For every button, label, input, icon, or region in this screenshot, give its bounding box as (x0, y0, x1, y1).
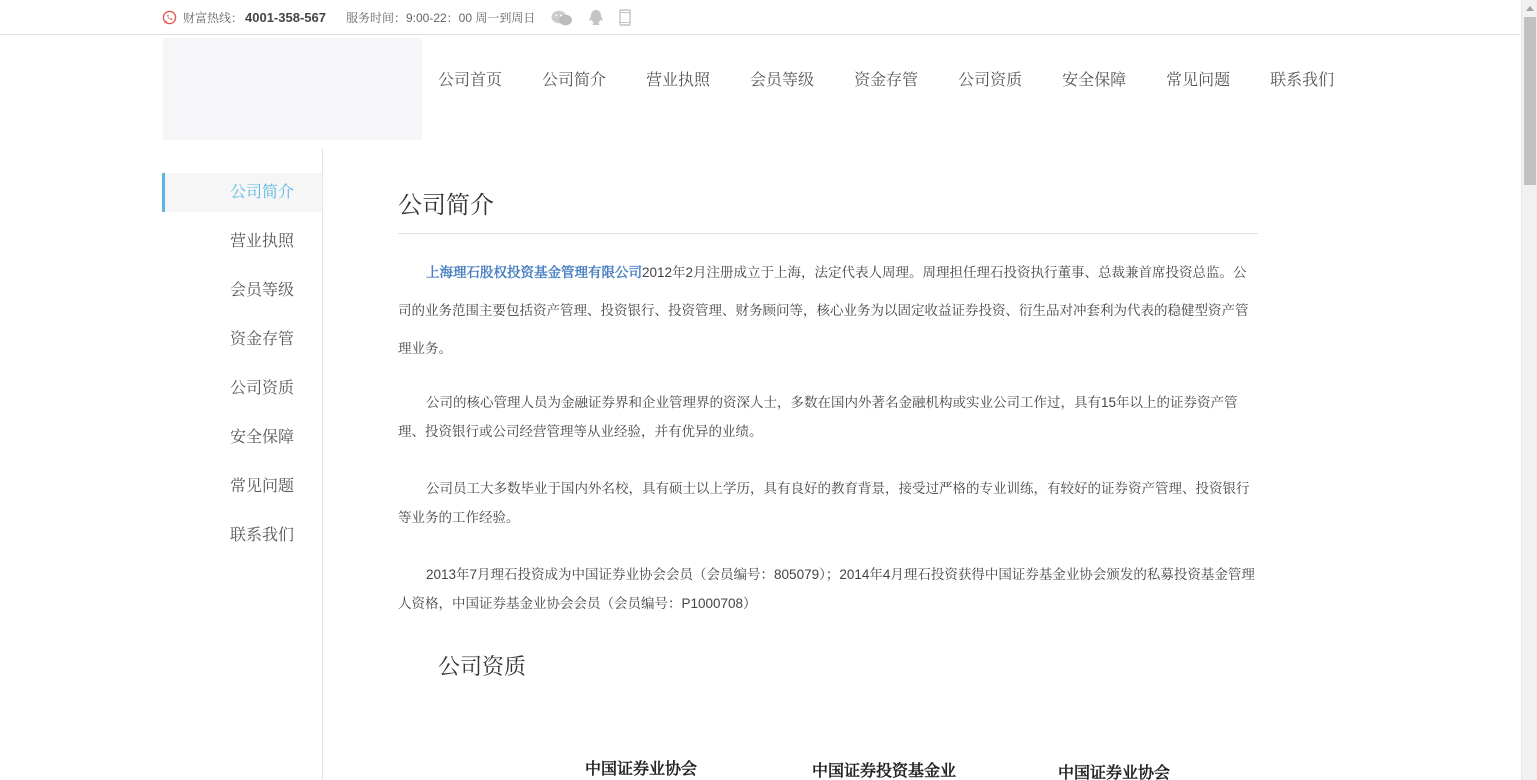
sidebar-item-custody[interactable]: 资金存管 (162, 320, 322, 369)
hotline-number: 4001-358-567 (245, 10, 326, 25)
intro-paragraph-4: 2013年7月理石投资成为中国证券业协会会员（会员编号：805079）；2014… (398, 560, 1258, 618)
scroll-up-arrow-icon[interactable] (1522, 0, 1537, 16)
main-nav: 公司首页 公司简介 营业执照 会员等级 资金存管 公司资质 安全保障 常见问题 … (438, 36, 1334, 120)
sidebar-item-about[interactable]: 公司简介 (162, 173, 322, 212)
nav-qualifications[interactable]: 公司资质 (958, 67, 1022, 90)
wechat-icon[interactable] (551, 10, 573, 26)
certificate-sac-2[interactable]: 中国证券业协会 (1058, 760, 1170, 780)
nav-home[interactable]: 公司首页 (438, 67, 502, 90)
intro-paragraph-2: 公司的核心管理人员为金融证券界和企业管理界的资深人士，多数在国内外著名金融机构或… (398, 388, 1258, 446)
sidebar: 公司简介 营业执照 会员等级 资金存管 公司资质 安全保障 常见问题 联系我们 (162, 148, 323, 780)
scroll-thumb[interactable] (1524, 17, 1536, 185)
company-name-link[interactable]: 上海理石股权投资基金管理有限公司 (426, 265, 642, 280)
intro-text: 上海理石股权投资基金管理有限公司2012年2月注册成立于上海，法定代表人周理。周… (398, 254, 1258, 618)
hotline-label: 财富热线： (183, 9, 243, 26)
page-title: 公司简介 (398, 191, 1258, 234)
certificate-amac[interactable]: 中国证券投资基金业 (812, 758, 956, 780)
nav-security[interactable]: 安全保障 (1062, 67, 1126, 90)
sidebar-item-license[interactable]: 营业执照 (162, 222, 322, 271)
sidebar-item-membership[interactable]: 会员等级 (162, 271, 322, 320)
nav-membership[interactable]: 会员等级 (750, 67, 814, 90)
mobile-icon[interactable] (619, 9, 631, 26)
sidebar-item-faq[interactable]: 常见问题 (162, 467, 322, 516)
top-bar: 财富热线： 4001-358-567 服务时间：9:00-22：00 周一到周日 (0, 0, 1521, 35)
nav-faq[interactable]: 常见问题 (1166, 67, 1230, 90)
page-scrollbar[interactable] (1521, 0, 1537, 780)
nav-custody[interactable]: 资金存管 (854, 67, 918, 90)
phone-icon (162, 10, 177, 25)
service-time: 服务时间：9:00-22：00 周一到周日 (346, 9, 535, 26)
qq-icon[interactable] (587, 9, 605, 26)
sidebar-item-security[interactable]: 安全保障 (162, 418, 322, 467)
intro-paragraph-3: 公司员工大多数毕业于国内外名校，具有硕士以上学历，具有良好的教育背景，接受过严格… (398, 474, 1258, 532)
sidebar-item-contact[interactable]: 联系我们 (162, 516, 322, 565)
logo[interactable] (163, 38, 422, 140)
main-content: 公司简介 上海理石股权投资基金管理有限公司2012年2月注册成立于上海，法定代表… (398, 148, 1258, 646)
top-bar-content: 财富热线： 4001-358-567 服务时间：9:00-22：00 周一到周日 (162, 0, 631, 35)
sidebar-item-qualifications[interactable]: 公司资质 (162, 369, 322, 418)
intro-paragraph-1: 上海理石股权投资基金管理有限公司2012年2月注册成立于上海，法定代表人周理。周… (398, 254, 1258, 368)
nav-about[interactable]: 公司简介 (542, 67, 606, 90)
nav-license[interactable]: 营业执照 (646, 67, 710, 90)
qualifications-title: 公司资质 (438, 650, 526, 681)
header: 公司首页 公司简介 营业执照 会员等级 资金存管 公司资质 安全保障 常见问题 … (0, 36, 1521, 140)
nav-contact[interactable]: 联系我们 (1270, 67, 1334, 90)
social-icons (551, 9, 631, 26)
certificate-sac[interactable]: 中国证券业协会 (585, 756, 697, 779)
